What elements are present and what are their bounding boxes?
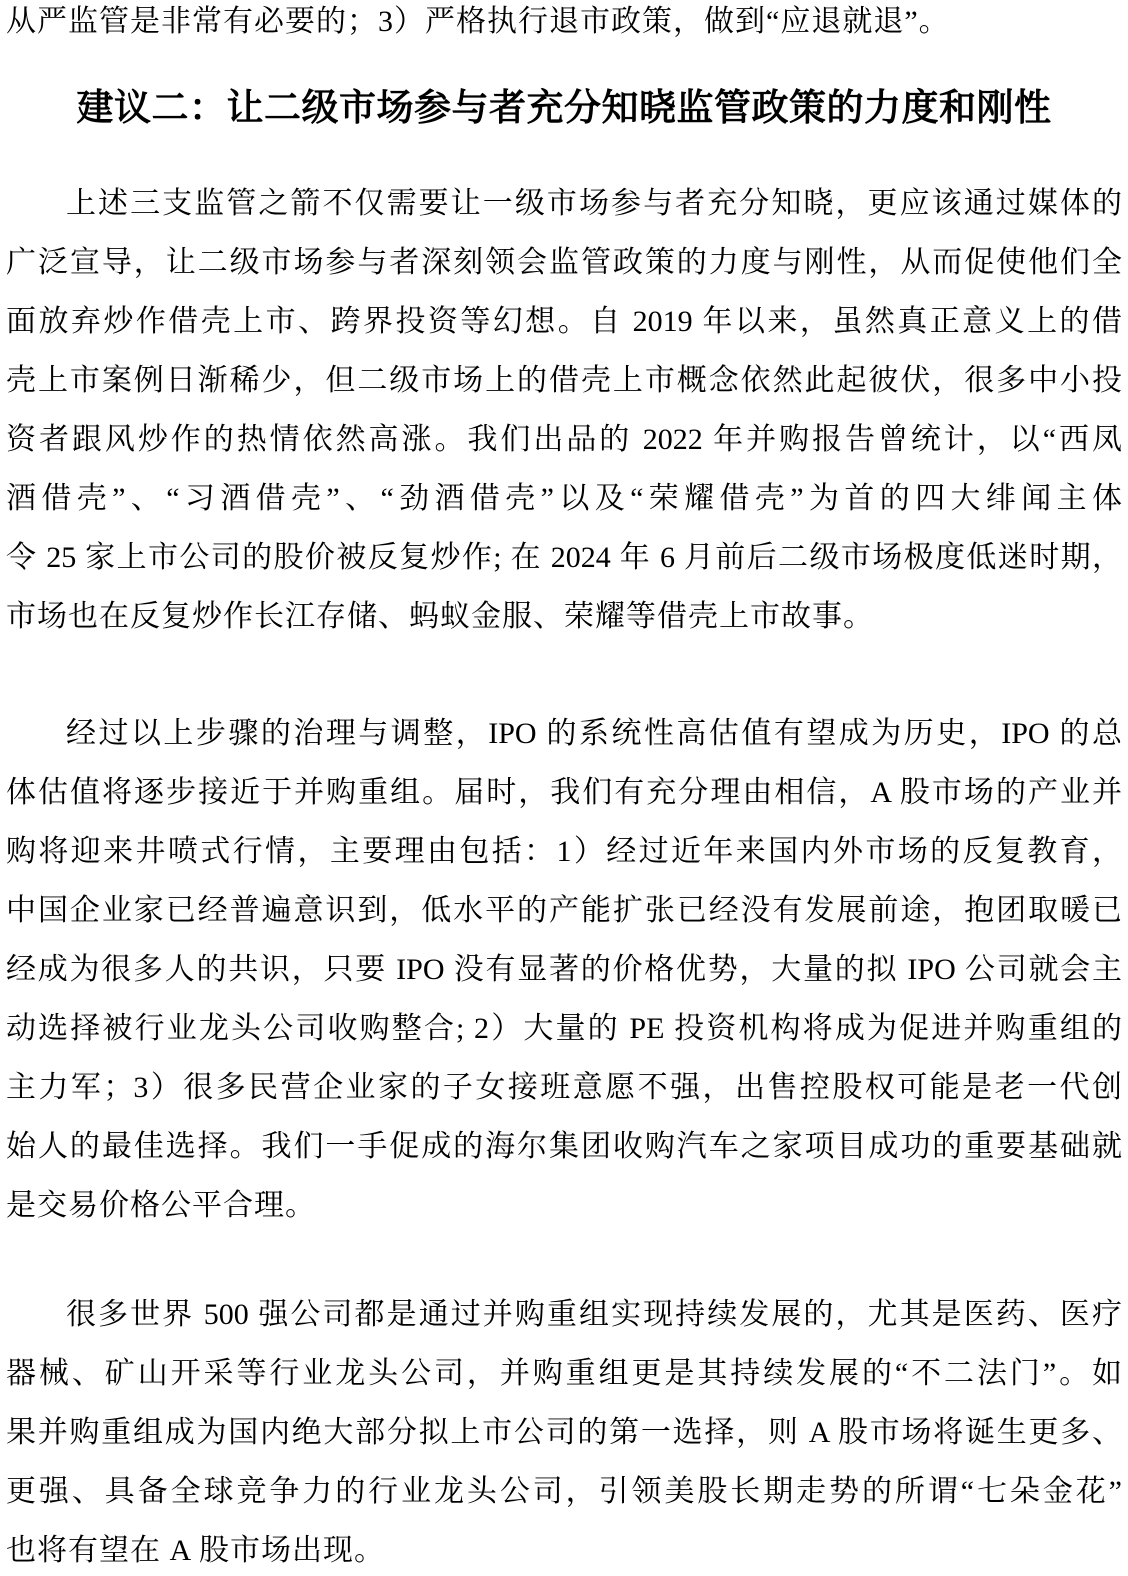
text-line: 很多世界 500 强公司都是通过并购重组实现持续发展的，尤其是医药、医疗 [6,1285,1122,1344]
paragraph-ipo-valuation: 经过以上步骤的治理与调整，IPO 的系统性高估值有望成为历史，IPO 的总体估值… [6,704,1122,1235]
text-line: 始人的最佳选择。我们一手促成的海尔集团收购汽车之家项目成功的重要基础就 [6,1117,1122,1176]
text-line: 经成为很多人的共识，只要 IPO 没有显著的价格优势，大量的拟 IPO 公司就会… [6,940,1122,999]
text-line: 经过以上步骤的治理与调整，IPO 的系统性高估值有望成为历史，IPO 的总 [6,704,1122,763]
text-line: 资者跟风炒作的热情依然高涨。我们出品的 2022 年并购报告曾统计，以“西凤 [6,410,1122,469]
text-line: 酒借壳”、“习酒借壳”、“劲酒借壳”以及“荣耀借壳”为首的四大绯闻主体 [6,469,1122,528]
text-line: 令 25 家上市公司的股价被反复炒作; 在 2024 年 6 月前后二级市场极度… [6,528,1122,587]
text-line: 更强、具备全球竞争力的行业龙头公司，引领美股长期走势的所谓“七朵金花” [6,1462,1122,1521]
text-line: 果并购重组成为国内绝大部分拟上市公司的第一选择，则 A 股市场将诞生更多、 [6,1403,1122,1462]
text-line: 壳上市案例日渐稀少，但二级市场上的借壳上市概念依然此起彼伏，很多中小投 [6,351,1122,410]
text-line: 面放弃炒作借壳上市、跨界投资等幻想。自 2019 年以来，虽然真正意义上的借 [6,292,1122,351]
paragraph-secondary-market: 上述三支监管之箭不仅需要让一级市场参与者充分知晓，更应该通过媒体的广泛宣导，让二… [6,174,1122,646]
text-line: 广泛宣导，让二级市场参与者深刻领会监管政策的力度与刚性，从而促使他们全 [6,233,1122,292]
paragraph-continuation: 从严监管是非常有必要的；3）严格执行退市政策，做到“应退就退”。 [6,0,1122,44]
text-line: 上述三支监管之箭不仅需要让一级市场参与者充分知晓，更应该通过媒体的 [6,174,1122,233]
section-heading: 建议二：让二级市场参与者充分知晓监管政策的力度和刚性 [6,86,1122,130]
text-line: 动选择被行业龙头公司收购整合; 2）大量的 PE 投资机构将成为促进并购重组的 [6,999,1122,1058]
text-line: 器械、矿山开采等行业龙头公司，并购重组更是其持续发展的“不二法门”。如 [6,1344,1122,1403]
text-line: 体估值将逐步接近于并购重组。届时，我们有充分理由相信，A 股市场的产业并 [6,763,1122,822]
text-line: 中国企业家已经普遍意识到，低水平的产能扩张已经没有发展前途，抱团取暖已 [6,881,1122,940]
text-line: 购将迎来井喷式行情，主要理由包括：1）经过近年来国内外市场的反复教育， [6,822,1122,881]
text-line: 市场也在反复炒作长江存储、蚂蚁金服、荣耀等借壳上市故事。 [6,587,1122,646]
document-page: 从严监管是非常有必要的；3）严格执行退市政策，做到“应退就退”。 建议二：让二级… [0,0,1128,1576]
text-line: 主力军；3）很多民营企业家的子女接班意愿不强，出售控股权可能是老一代创 [6,1058,1122,1117]
paragraph-fortune500: 很多世界 500 强公司都是通过并购重组实现持续发展的，尤其是医药、医疗器械、矿… [6,1285,1122,1576]
text-line: 也将有望在 A 股市场出现。 [6,1521,1122,1576]
text-line: 是交易价格公平合理。 [6,1176,1122,1235]
